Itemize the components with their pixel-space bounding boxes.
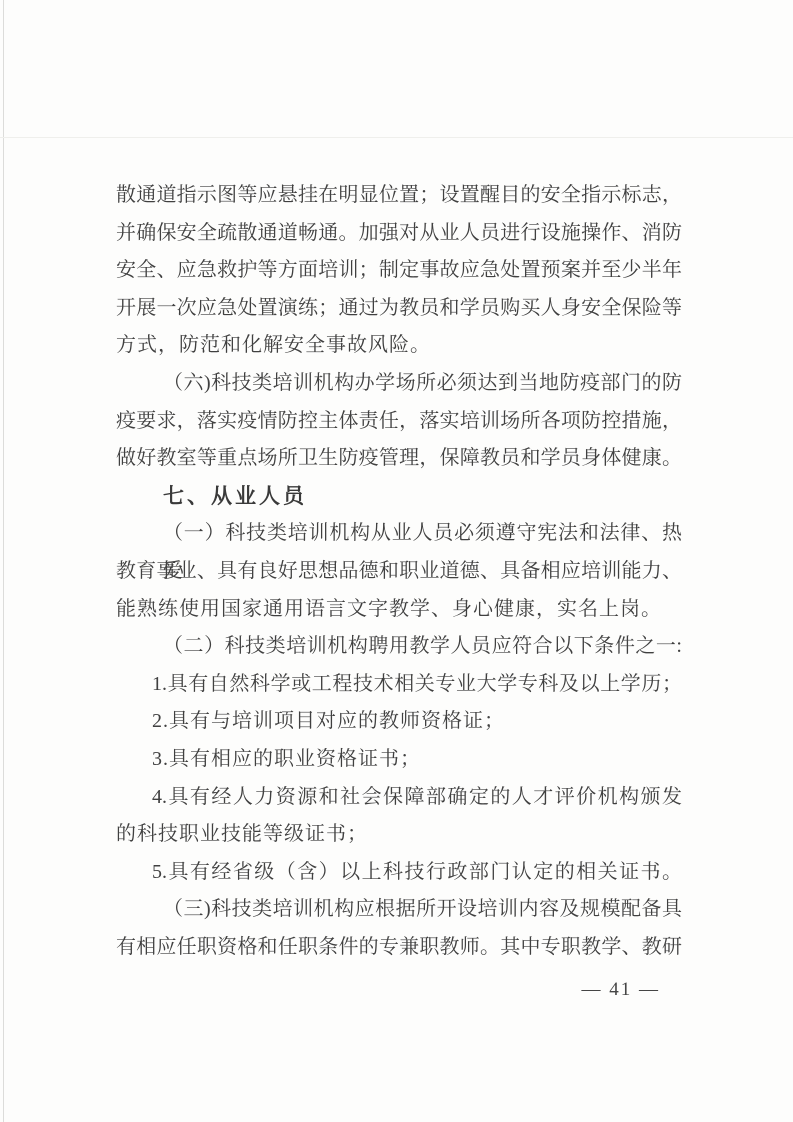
text-line: （一）科技类培训机构从业人员必须遵守宪法和法律、热爱 <box>116 515 682 553</box>
section-heading: 七、从业人员 <box>116 478 682 516</box>
text-line: 方式，防范和化解安全事故风险。 <box>116 327 682 365</box>
text-line: 教育事业、具有良好思想品德和职业道德、具备相应培训能力、 <box>116 553 682 591</box>
text-line: 安全、应急救护等方面培训；制定事故应急处置预案并至少半年 <box>116 252 682 290</box>
text-line: （三)科技类培训机构应根据所开设培训内容及规模配备具 <box>116 891 682 929</box>
text-line: 5.具有经省级（含）以上科技行政部门认定的相关证书。 <box>116 854 682 892</box>
scan-artifact-vertical-line <box>3 0 4 1122</box>
text-line: 散通道指示图等应悬挂在明显位置；设置醒目的安全指示标志， <box>116 177 682 215</box>
text-line: 2.具有与培训项目对应的教师资格证； <box>116 703 682 741</box>
document-page: 散通道指示图等应悬挂在明显位置；设置醒目的安全指示标志，并确保安全疏散通道畅通。… <box>0 0 793 1122</box>
text-line: 开展一次应急处置演练；通过为教员和学员购买人身安全保险等 <box>116 290 682 328</box>
text-line: 的科技职业技能等级证书； <box>116 816 682 854</box>
document-body: 散通道指示图等应悬挂在明显位置；设置醒目的安全指示标志，并确保安全疏散通道畅通。… <box>116 177 682 966</box>
text-line: 有相应任职资格和任职条件的专兼职教师。其中专职教学、教研 <box>116 929 682 967</box>
text-line: 能熟练使用国家通用语言文字教学、身心健康，实名上岗。 <box>116 591 682 629</box>
text-line: 做好教室等重点场所卫生防疫管理，保障教员和学员身体健康。 <box>116 440 682 478</box>
page-number: — 41 — <box>582 979 661 1001</box>
text-line: 3.具有相应的职业资格证书； <box>116 741 682 779</box>
text-line: 疫要求，落实疫情防控主体责任，落实培训场所各项防控措施， <box>116 403 682 441</box>
text-line: （六)科技类培训机构办学场所必须达到当地防疫部门的防 <box>116 365 682 403</box>
text-line: 1.具有自然科学或工程技术相关专业大学专科及以上学历； <box>116 666 682 704</box>
text-line: 并确保安全疏散通道畅通。加强对从业人员进行设施操作、消防 <box>116 215 682 253</box>
scan-artifact-horizontal-line <box>0 137 793 138</box>
text-line: 4.具有经人力资源和社会保障部确定的人才评价机构颁发 <box>116 779 682 817</box>
text-line: （二）科技类培训机构聘用教学人员应符合以下条件之一: <box>116 628 682 666</box>
